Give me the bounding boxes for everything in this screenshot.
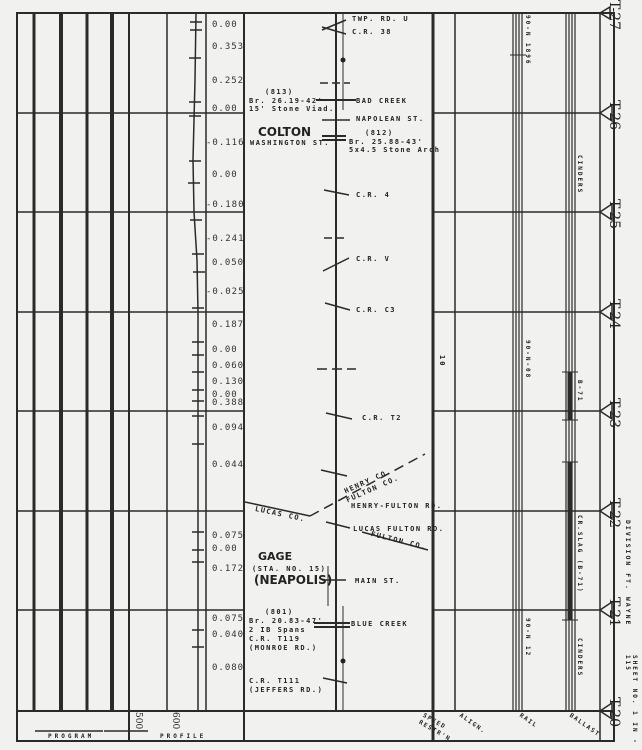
ballast-label: CR.SLAG (B-71) xyxy=(576,515,583,594)
rail-label: 90-N-08 xyxy=(524,340,531,379)
mileage-value: 0.094 xyxy=(212,423,244,433)
mileage-value: 0.172 xyxy=(212,564,244,574)
crossing-label: C.R. C3 xyxy=(356,306,396,314)
crossing-label: C.R. T119 xyxy=(249,635,300,643)
bridge-number: (813) xyxy=(265,88,294,96)
mileage-value: 0.00 xyxy=(212,170,238,180)
mileage-value: -0.025 xyxy=(206,287,245,297)
mileage-value: 0.00 xyxy=(212,104,238,114)
rail-label: 90-N 1896 xyxy=(524,15,531,66)
mileage-value: 0.040 xyxy=(212,630,244,640)
crossing-label: LUCAS FULTON RD. xyxy=(353,525,444,533)
crossing-label: BAD CREEK xyxy=(356,97,407,105)
crossing-label: TWP. RD. U xyxy=(352,15,409,23)
mileage-value: 0.080 xyxy=(212,663,244,673)
crossing-label: C.R. T111 xyxy=(249,677,300,685)
mileage-value: 0.130 xyxy=(212,377,244,387)
elevation-600: 600 xyxy=(170,712,180,729)
mileage-value: 0.252 xyxy=(212,76,244,86)
bridge-detail: 15' Stone Viad. xyxy=(249,105,335,113)
ballast-label: CINDERS xyxy=(576,638,583,677)
mileage-value: 0.044 xyxy=(212,460,244,470)
station-number: (STA. NO. 15) xyxy=(252,565,326,573)
rail-label: 90-N 12 xyxy=(524,618,531,657)
mileage-value: -0.116 xyxy=(206,138,245,148)
crossing-label: C.R. 4 xyxy=(356,191,390,199)
mileage-value: 0.00 xyxy=(212,544,238,554)
track-marker: T-27 xyxy=(606,0,622,30)
track-marker: T-23 xyxy=(606,398,622,428)
mileage-value: 0.060 xyxy=(212,361,244,371)
bridge-detail: 2 IB Spans xyxy=(249,626,306,634)
track-marker: T-26 xyxy=(606,100,622,130)
bridge-number: (801) xyxy=(265,608,294,616)
crossing-label: BLUE CREEK xyxy=(351,620,408,628)
mileage-value: 0.075 xyxy=(212,614,244,624)
bridge-detail: Br. 25.88-43' xyxy=(349,138,423,146)
crossing-label: WASHINGTON ST. xyxy=(250,139,330,147)
mileage-value: 0.388 xyxy=(212,398,244,408)
bridge-detail: Br. 20.83-47' xyxy=(249,617,323,625)
crossing-label: NAPOLEAN ST. xyxy=(356,115,425,123)
crossing-label: C.R. V xyxy=(356,255,390,263)
crossing-label: MAIN ST. xyxy=(355,577,401,585)
ballast-label: CINDERS xyxy=(576,155,583,194)
crossing-label: C.R. 38 xyxy=(352,28,392,36)
profile-label: PROFILE xyxy=(160,733,206,740)
mileage-value: -0.241 xyxy=(206,234,245,244)
sheet-number: SHEET NO. 1 IN - 115 xyxy=(624,655,638,750)
crossing-label: C.R. T2 xyxy=(362,414,402,422)
program-label: PROGRAM xyxy=(48,733,94,740)
track-marker: T-20 xyxy=(606,697,622,727)
elevation-500: 500 xyxy=(133,712,143,729)
mileage-value: -0.180 xyxy=(206,200,245,210)
mileage-value: 0.00 xyxy=(212,345,238,355)
mileage-value: 0.00 xyxy=(212,20,238,30)
mileage-value: 0.353 xyxy=(212,42,244,52)
crossing-label: (JEFFERS RD.) xyxy=(249,686,323,694)
mileage-value: 0.075 xyxy=(212,531,244,541)
bridge-detail: 5x4.5 Stone Arch xyxy=(349,146,440,154)
town-alt-name: (NEAPOLIS) xyxy=(254,573,332,587)
bridge-number: (812) xyxy=(365,129,394,137)
mileage-value: 0.187 xyxy=(212,320,244,330)
town-colton: COLTON xyxy=(258,125,311,139)
bridge-detail: Br. 26.19-42' xyxy=(249,97,323,105)
track-marker: T-25 xyxy=(606,199,622,229)
crossing-label: HENRY-FULTON RD. xyxy=(351,502,442,510)
speed-value: 10 xyxy=(438,355,446,367)
ballast-label: B-71 xyxy=(576,380,583,402)
track-marker: T-24 xyxy=(606,299,622,329)
town-gage: GAGE xyxy=(258,550,292,563)
mileage-value: 0.050 xyxy=(212,258,244,268)
crossing-label: (MONROE RD.) xyxy=(249,644,318,652)
track-marker: T-21 xyxy=(606,597,622,627)
track-marker: T-22 xyxy=(606,498,622,528)
division-title: DIVISION FT. WAYNE xyxy=(624,520,632,626)
